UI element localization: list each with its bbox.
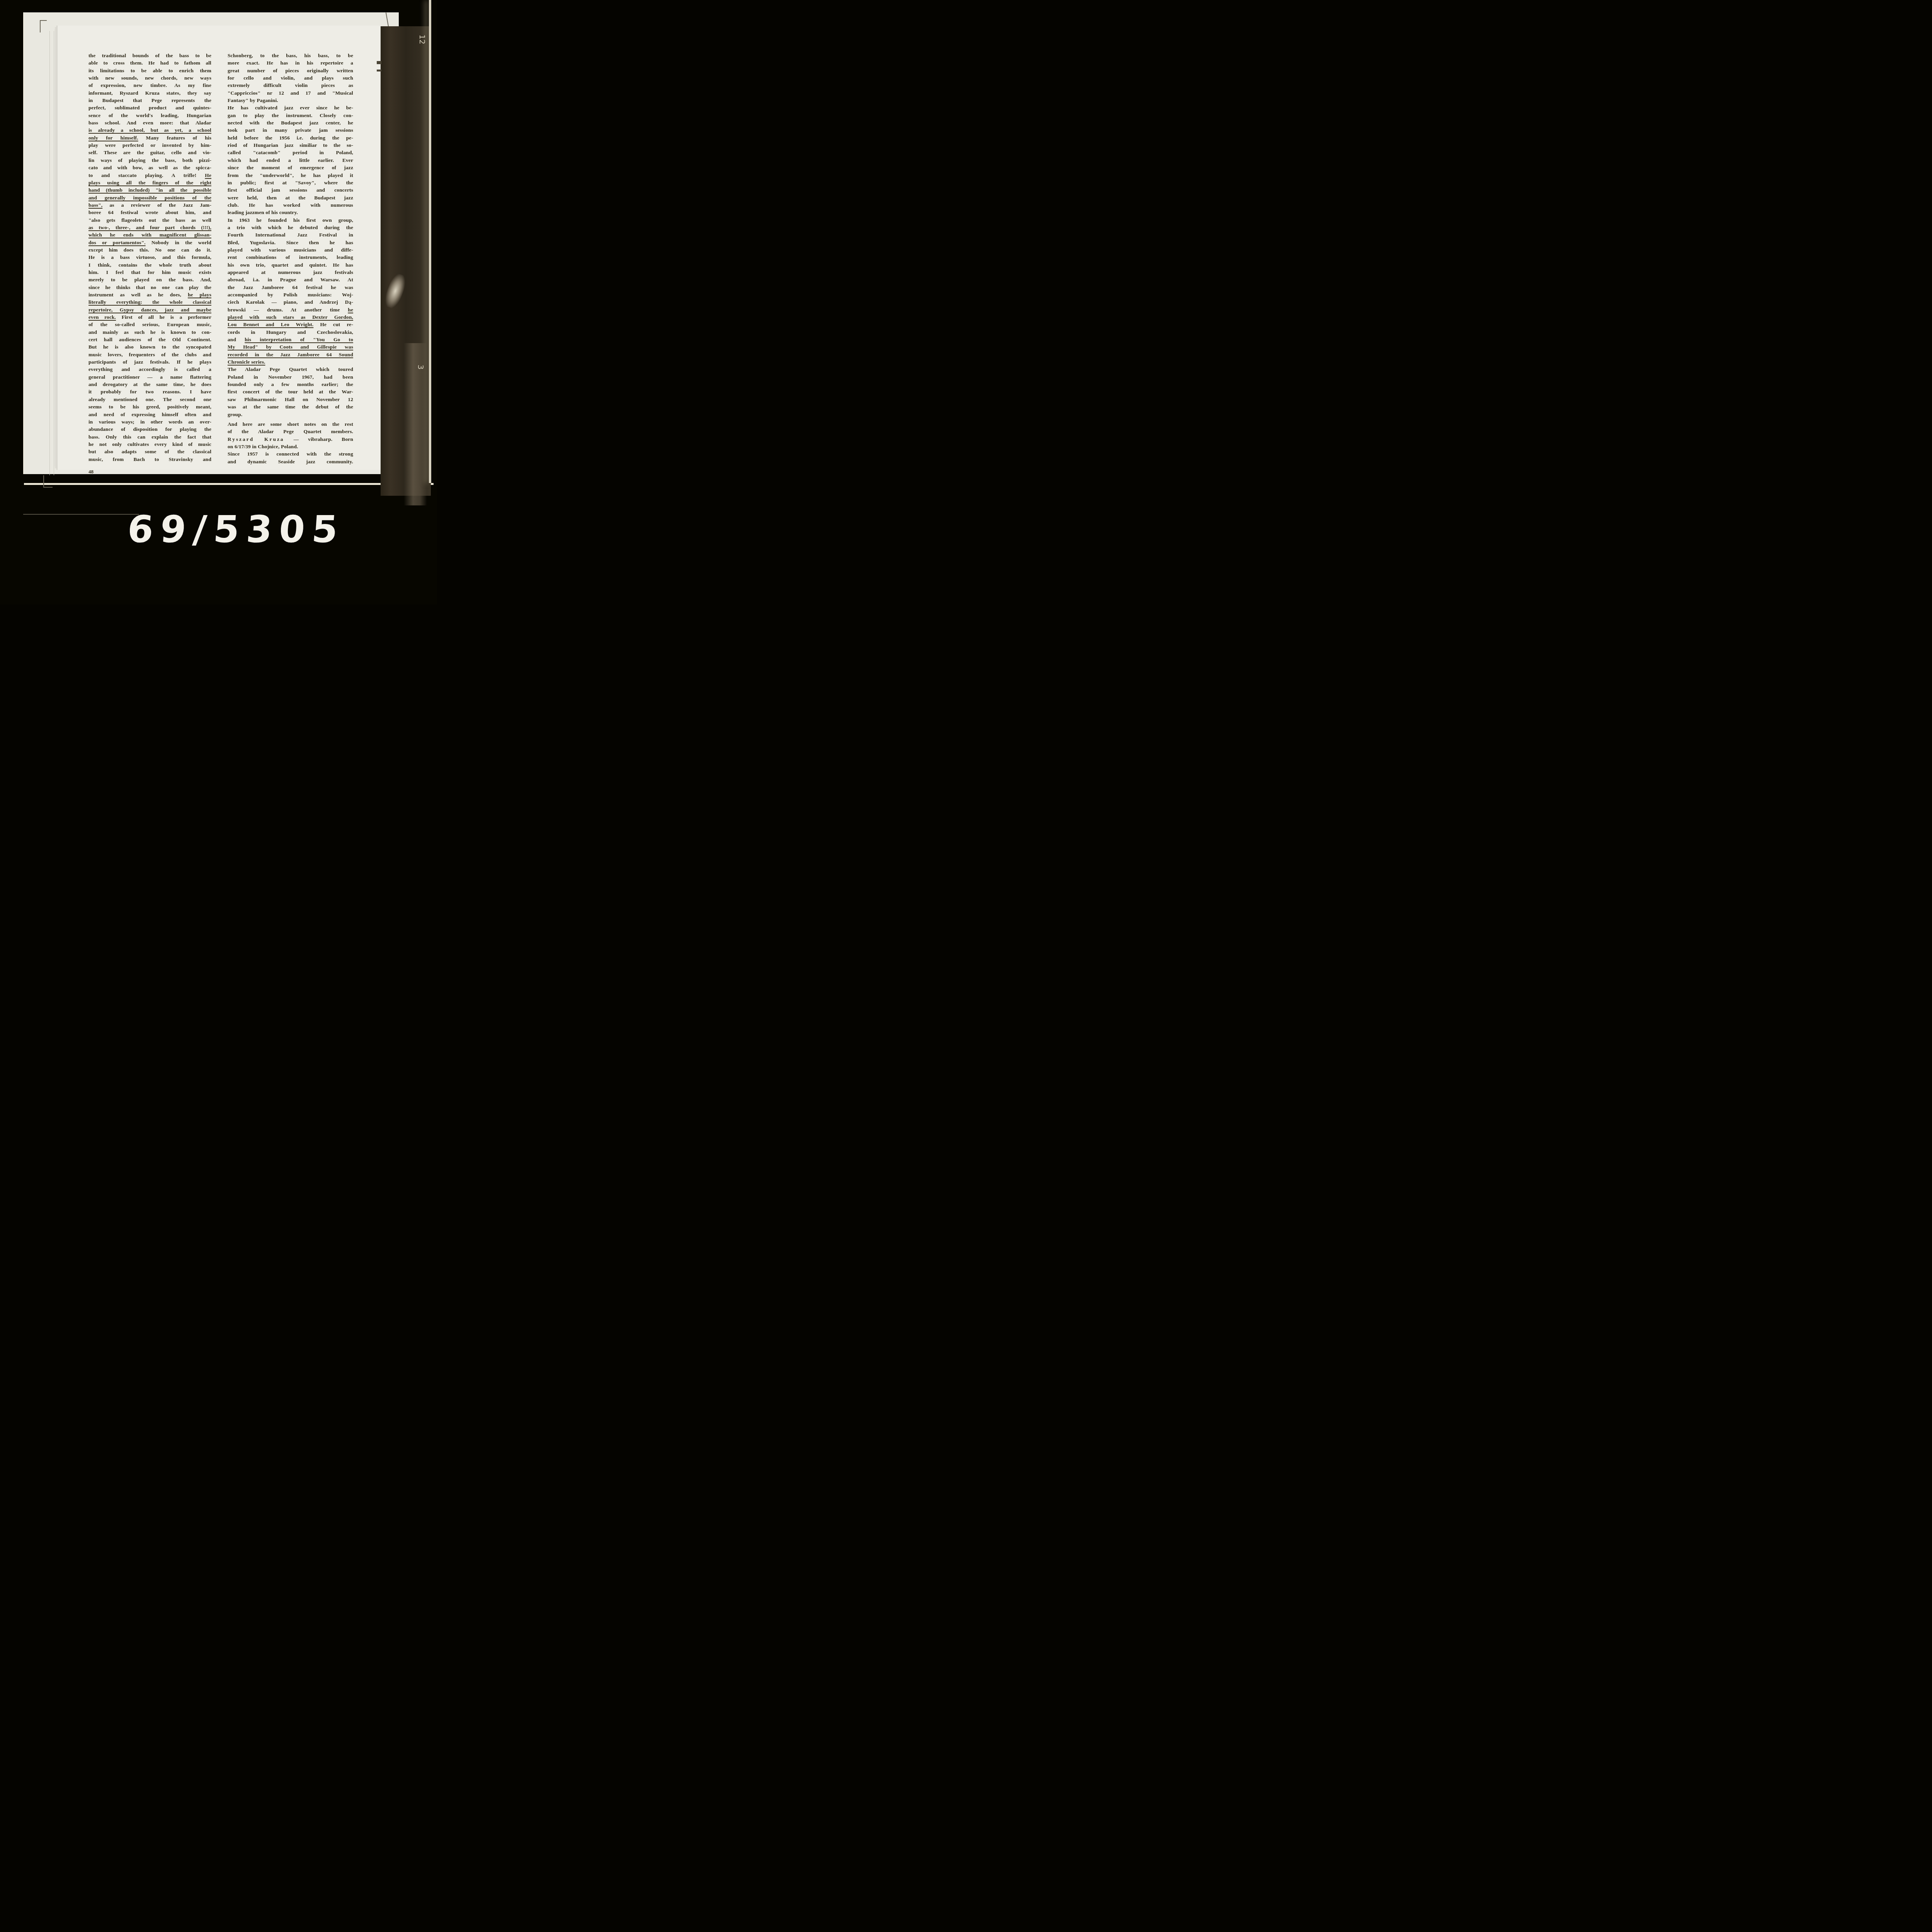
text-line: in public; first at "Savoy", where the — [228, 179, 353, 186]
text-line: played with such stars as Dexter Gordon, — [228, 313, 353, 321]
text-line: the Jazz Jamboree 64 festival he was — [228, 284, 353, 291]
text-line: to and staccato playing. A trifle! He — [88, 172, 211, 179]
text-line: for cello and violin, and plays such — [228, 74, 353, 82]
text-line: My Head" by Coots and Gillespie was — [228, 343, 353, 350]
text-line: which had ended a little earlier. Ever — [228, 156, 353, 164]
film-edge — [429, 0, 431, 483]
text-line: since he thinks that no one can play the — [88, 284, 211, 291]
underlined-passage: recorded in the Jazz Jamboree 64 Sound — [228, 352, 353, 357]
text-line: saw Philmarmonic Hall on November 12 — [228, 396, 353, 403]
text-line: but also adapts some of the classical — [88, 448, 211, 455]
text-line: of the so-called serious, European music… — [88, 321, 211, 328]
text-line: Fourth International Jazz Festival in — [228, 231, 353, 238]
text-line: abundance of disposition for playing the — [88, 425, 211, 433]
text-line: Schonberg, to the bass, his bass, to be — [228, 52, 353, 59]
underlined-passage: dos or portamentos". — [88, 240, 146, 245]
text-line: were held, then at the Budapest jazz — [228, 194, 353, 201]
text-line: lin ways of playing the bass, both pizzi… — [88, 156, 211, 164]
text-line: even rock. First of all he is a performe… — [88, 313, 211, 321]
text-line: And here are some short notes on the res… — [228, 420, 353, 428]
underlined-passage: Lou Bennet and Leo Wright. — [228, 321, 313, 327]
text-line: gan to play the instrument. Closely con- — [228, 112, 353, 119]
underlined-passage: literally everything: the whole classica… — [88, 299, 211, 305]
underlined-passage: and generally impossible positions of th… — [88, 195, 211, 201]
text-line: literally everything: the whole classica… — [88, 298, 211, 306]
underlined-passage: repertoire, Gypsy dances, jazz and maybe — [88, 307, 211, 313]
text-line: founded only a few months earlier; the — [228, 381, 353, 388]
underlined-passage: He — [205, 172, 211, 178]
book-page-stack-edge — [49, 31, 54, 475]
text-line: of the Aladar Pege Quartet members. — [228, 428, 353, 435]
text-line: hand (thumb included) "in all the possib… — [88, 186, 211, 194]
underlined-passage: is already a school, but as yet, a schoo… — [88, 127, 211, 133]
text-line: its limitations to be able to enrich the… — [88, 67, 211, 74]
text-line: which he ends with magnificent glissan- — [88, 231, 211, 238]
text-line: bass. Only this can explain the fact tha… — [88, 433, 211, 440]
text-line: was at the same time the debut of the — [228, 403, 353, 410]
text-line: seems to be his greed, positively meant, — [88, 403, 211, 410]
text-line: and mainly as such he is known to con- — [88, 328, 211, 336]
text-line: only for himself. Many features of his — [88, 134, 211, 141]
underlined-passage: he plays — [188, 292, 211, 298]
text-line: and derogatory at the same time, he does — [88, 381, 211, 388]
text-line: riod of Hungarian jazz similiar to the s… — [228, 141, 353, 149]
text-line: repertoire, Gypsy dances, jazz and maybe — [88, 306, 211, 313]
text-line: boree 64 festiwal wrote about him, and — [88, 209, 211, 216]
underlined-passage: his interpretation of "You Go to — [245, 337, 353, 342]
underlined-passage: which he ends with magnificent glissan- — [88, 232, 211, 238]
text-line: with new sounds, new chords, new ways — [88, 74, 211, 82]
text-line: Poland in November 1967, had been — [228, 373, 353, 381]
text-line: He has cultivated jazz ever since he be- — [228, 104, 353, 111]
text-line: able to cross them. He had to fathom all — [88, 59, 211, 66]
text-column-left: the traditional bounds of the bass to be… — [88, 52, 211, 463]
text-line: club. He has worked with numerous — [228, 201, 353, 209]
text-line: recorded in the Jazz Jamboree 64 Sound — [228, 351, 353, 358]
text-line: in various ways; in other words an over- — [88, 418, 211, 425]
text-line: plays using all the fingers of the right — [88, 179, 211, 186]
text-line: the traditional bounds of the bass to be — [88, 52, 211, 59]
underlined-passage: played with such stars as Dexter Gordon, — [228, 314, 353, 320]
text-line: played with various musicians and diffe- — [228, 246, 353, 253]
text-line: I think, contains the whole truth about — [88, 261, 211, 269]
crop-mark-top-left — [40, 20, 47, 32]
underlined-passage: he — [348, 307, 353, 313]
text-line: a trio with which he debuted during the — [228, 224, 353, 231]
text-line: and his interpretation of "You Go to — [228, 336, 353, 343]
text-line: already mentioned one. The second one — [88, 396, 211, 403]
underlined-passage: even rock. — [88, 314, 116, 320]
text-line: The Aladar Pege Quartet which toured — [228, 366, 353, 373]
underlined-passage: My Head" by Coots and Gillespie was — [228, 344, 353, 350]
text-line: and generally impossible positions of th… — [88, 194, 211, 201]
text-line: instrument as well as he does, he plays — [88, 291, 211, 298]
underlined-passage: plays using all the fingers of the right — [88, 180, 211, 185]
text-line: he not only cultivates every kind of mus… — [88, 440, 211, 448]
underlined-passage: only for himself. — [88, 135, 138, 141]
text-line: his own trio, quartet and quintet. He ha… — [228, 261, 353, 269]
text-line: took part in many private jam sessions — [228, 126, 353, 134]
film-scratch — [23, 514, 139, 515]
text-line: him. I feel that for him music exists — [88, 269, 211, 276]
film-edge-mark-3: 3 — [416, 365, 425, 370]
text-line: bass", as a reviewer of the Jazz Jam- — [88, 201, 211, 209]
text-line: extremely difficult violin pieces as — [228, 82, 353, 89]
text-line: first official jam sessions and concerts — [228, 186, 353, 194]
text-line: is already a school, but as yet, a schoo… — [88, 126, 211, 134]
underlined-passage: bass", — [88, 202, 102, 208]
text-line: more exact. He has in his repertoire a — [228, 59, 353, 66]
underlined-passage: Chronicle series. — [228, 359, 265, 365]
text-line: except him does this. No one can do it. — [88, 246, 211, 253]
text-line: rent combinations of instruments, leadin… — [228, 253, 353, 261]
text-line: perfect, sublimated product and quintes- — [88, 104, 211, 111]
text-line: everything and accordingly is called a — [88, 366, 211, 373]
text-line: dos or portamentos". Nobody in the world — [88, 239, 211, 246]
archive-number-handwritten: 69/5305 — [126, 508, 369, 551]
text-line: ciech Karolak — piano, and Andrzej Dą- — [228, 298, 353, 306]
text-line: sence of the world's leading, Hungarian — [88, 112, 211, 119]
text-line: great number of pieces originally writte… — [228, 67, 353, 74]
text-line: and need of expressing himself often and — [88, 411, 211, 418]
text-line: nected with the Budapest jazz center, he — [228, 119, 353, 126]
text-line: merely to be played on the bass. And, — [88, 276, 211, 283]
text-line: accompanied by Polish musicians: Woj- — [228, 291, 353, 298]
text-line: play were perfected or invented by him- — [88, 141, 211, 149]
text-line: called "catacomb" period in Poland, — [228, 149, 353, 156]
text-line: But he is also known to the syncopated — [88, 343, 211, 350]
text-line: "also gets flageolets out the bass as we… — [88, 216, 211, 224]
text-line: participants of jazz festivals. If he pl… — [88, 358, 211, 366]
text-line: abroad, i.a. in Prague and Warsaw. At — [228, 276, 353, 283]
text-line: Since 1957 is connected with the strong — [228, 450, 353, 457]
text-line: held before the 1956 i.e. during the pe- — [228, 134, 353, 141]
text-line: first concert of the tour held at the Wa… — [228, 388, 353, 395]
page-number: 48 — [88, 469, 94, 475]
text-line: of expression, new timbre. As my fine — [88, 82, 211, 89]
adjacent-dark-page — [381, 26, 431, 496]
text-line: Fantasy" by Paganini. — [228, 97, 353, 104]
text-line: it probably for two reasons. I have — [88, 388, 211, 395]
text-line: bass school. And even more: that Aladar — [88, 119, 211, 126]
text-column-right: Schonberg, to the bass, his bass, to bem… — [228, 52, 353, 465]
page-tab-mark — [377, 70, 381, 71]
print-bottom-edge — [24, 474, 434, 485]
text-line: music lovers, frequenters of the clubs a… — [88, 351, 211, 358]
film-edge-mark-12: 12 — [418, 34, 427, 44]
crop-mark-bottom-left — [43, 475, 53, 488]
text-line: and dynamic Seaside jazz community. — [228, 458, 353, 465]
text-line: cato and with bow, as well as the spicca… — [88, 164, 211, 171]
text-line: "Cappriccios" nr 12 and 17 and "Musical — [228, 89, 353, 97]
text-line: browski — drums. At another time he — [228, 306, 353, 313]
text-line: general practitioner — a name flattering — [88, 373, 211, 381]
page-tab-mark — [377, 61, 381, 64]
text-line: Bled, Yugoslavia. Since then he has — [228, 239, 353, 246]
text-line: self. These are the guitar, cello and vi… — [88, 149, 211, 156]
text-line: Lou Bennet and Leo Wright. He cut re- — [228, 321, 353, 328]
text-line: Ryszard Kruza — vibraharp. Born — [228, 435, 353, 443]
text-line: on 6/17/39 in Chojnice, Poland. — [228, 443, 353, 450]
text-line: Chronicle series. — [228, 358, 353, 366]
spaced-name: Ryszard Kruza — [228, 436, 284, 442]
text-line: group. — [228, 411, 353, 418]
text-line: since the moment of emergence of jazz — [228, 164, 353, 171]
text-line: He is a bass virtuoso, and this formula, — [88, 253, 211, 261]
text-line: In 1963 he founded his first own group, — [228, 216, 353, 224]
text-line: cords in Hungary and Czechoslovakia, — [228, 328, 353, 336]
text-line: cert hall audiences of the Old Continent… — [88, 336, 211, 343]
text-line: appeared at numerous jazz festivals — [228, 269, 353, 276]
text-line: from the "underworld", he has played it — [228, 172, 353, 179]
text-line: in Budapest that Pege represents the — [88, 97, 211, 104]
underlined-passage: as two-, three-, and four part chords (!… — [88, 224, 211, 230]
text-line: as two-, three-, and four part chords (!… — [88, 224, 211, 231]
text-line: informant, Ryszard Kruza states, they sa… — [88, 89, 211, 97]
text-line: music, from Bach to Stravinsky and — [88, 456, 211, 463]
underlined-passage: hand (thumb included) "in all the possib… — [88, 187, 211, 193]
text-line: leading jazzmen of his country. — [228, 209, 353, 216]
